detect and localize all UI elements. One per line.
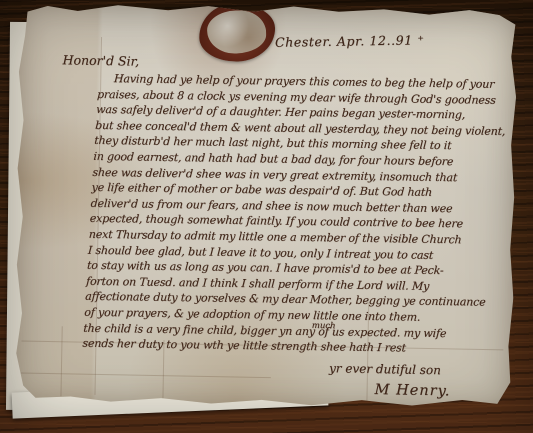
dateline: Chester. Apr. 12..91 ⁺ xyxy=(275,32,425,49)
crease-line-vertical-bottom xyxy=(162,340,164,398)
closing: yr ever dutiful son xyxy=(329,361,441,377)
letter-body: Having had ye help of your prayers this … xyxy=(82,71,518,358)
wax-seal-remnant xyxy=(198,2,276,63)
signature: M Henry. xyxy=(374,382,450,399)
interlinear-insertion: much xyxy=(312,321,336,331)
photo-scene: Chester. Apr. 12..91 ⁺ Honor'd Sir, Havi… xyxy=(0,0,533,433)
wax-seal-center xyxy=(206,9,266,54)
letter-paper: Chester. Apr. 12..91 ⁺ Honor'd Sir, Havi… xyxy=(10,0,519,411)
crease-line-vertical-bottomleft xyxy=(60,326,62,396)
crease-line-horizontal-bottom xyxy=(21,373,271,379)
